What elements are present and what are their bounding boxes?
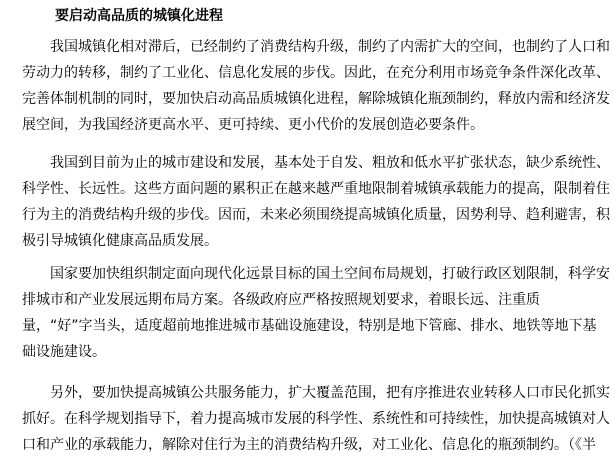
paragraph-line: 国家要加快组织制定面向现代化远景目标的国土空间布局规划，打破行政区划限制，科学安 [22,261,610,287]
paragraph: 另外，要加快提高城镇公共服务能力，扩大覆盖范围，把有序推进农业转移人口市民化抓实… [22,380,610,458]
paragraph-line: 劳动力的转移，制约了工业化、信息化发展的步伐。因此，在充分利用市场竞争条件深化改… [22,60,610,86]
paragraph-line: 量，“好”字当头，适度超前地推进城市基础设施建设，特别是地下管廊、排水、地铁等地… [22,313,610,339]
paragraph-line: 展空间，为我国经济更高水平、更可持续、更小代价的发展创造必要条件。 [22,112,610,138]
paragraph-line: 我国城镇化相对滞后，已经制约了消费结构升级，制约了内需扩大的空间，也制约了人口和 [22,34,610,60]
paragraph-line: 我国到目前为止的城市建设和发展，基本处于自发、粗放和低水平扩张状态，缺少系统性、 [22,150,610,176]
paragraph-line: 口和产业的承载能力，解除对住行为主的消费结构升级，对工业化、信息化的瓶颈制约。（… [22,432,610,458]
paragraph-line: 行为主的消费结构升级的步伐。因而，未来必须围绕提高城镇化质量，因势利导、趋利避害… [22,202,610,228]
article-title: 要启动高品质的城镇化进程 [55,6,223,26]
paragraph-line: 排城市和产业发展远期布局方案。各级政府应严格按照规划要求，着眼长远、注重质 [22,287,610,313]
paragraph-line: 抓好。在科学规划指导下，着力提高城市发展的科学性、系统性和可持续性，加快提高城镇… [22,406,610,432]
paragraph-line: 完善体制机制的同时，要加快启动高品质城镇化进程，解除城镇化瓶颈制约，释放内需和经… [22,86,610,112]
paragraph: 国家要加快组织制定面向现代化远景目标的国土空间布局规划，打破行政区划限制，科学安… [22,261,610,365]
paragraph-line: 极引导城镇化健康高品质发展。 [22,228,610,254]
paragraph-line: 科学性、长远性。这些方面问题的累积正在越来越严重地限制着城镇承载能力的提高，限制… [22,176,610,202]
paragraph-line: 础设施建设。 [22,339,610,365]
paragraph: 我国到目前为止的城市建设和发展，基本处于自发、粗放和低水平扩张状态，缺少系统性、… [22,150,610,254]
paragraph-line: 另外，要加快提高城镇公共服务能力，扩大覆盖范围，把有序推进农业转移人口市民化抓实 [22,380,610,406]
paragraph: 我国城镇化相对滞后，已经制约了消费结构升级，制约了内需扩大的空间，也制约了人口和… [22,34,610,138]
